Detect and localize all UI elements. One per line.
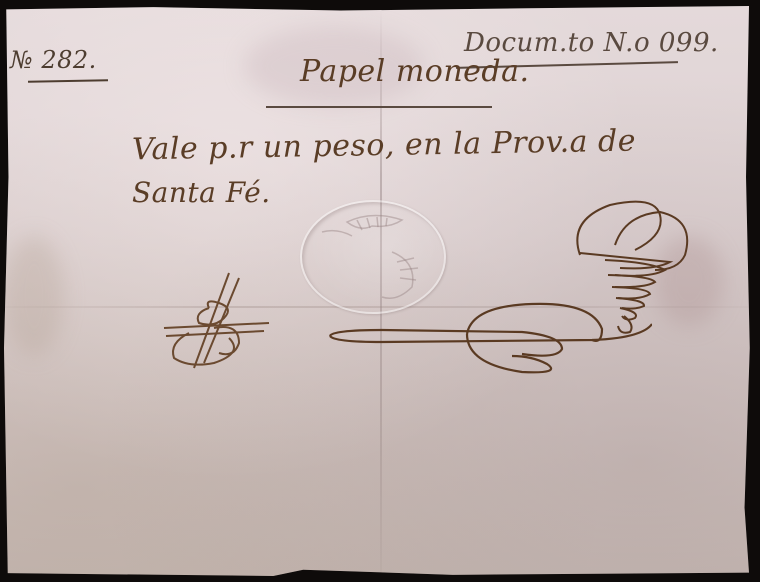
catalog-number: № 282. (10, 46, 97, 74)
heading-underline (266, 106, 492, 108)
right-spiral-signature-icon (560, 190, 710, 340)
photo-frame: № 282. Docum.to N.o 099. Papel moneda. V… (0, 0, 760, 582)
body-line-2: Santa Fé. (132, 176, 271, 209)
paper-stain (4, 236, 64, 356)
left-rubric-signature-icon (154, 268, 284, 378)
document-heading: Papel moneda. (300, 54, 530, 89)
paper-note: № 282. Docum.to N.o 099. Papel moneda. V… (4, 6, 752, 576)
catalog-underline (28, 79, 108, 82)
body-line-1: Vale p.r un peso, en la Prov.a de (132, 124, 637, 168)
